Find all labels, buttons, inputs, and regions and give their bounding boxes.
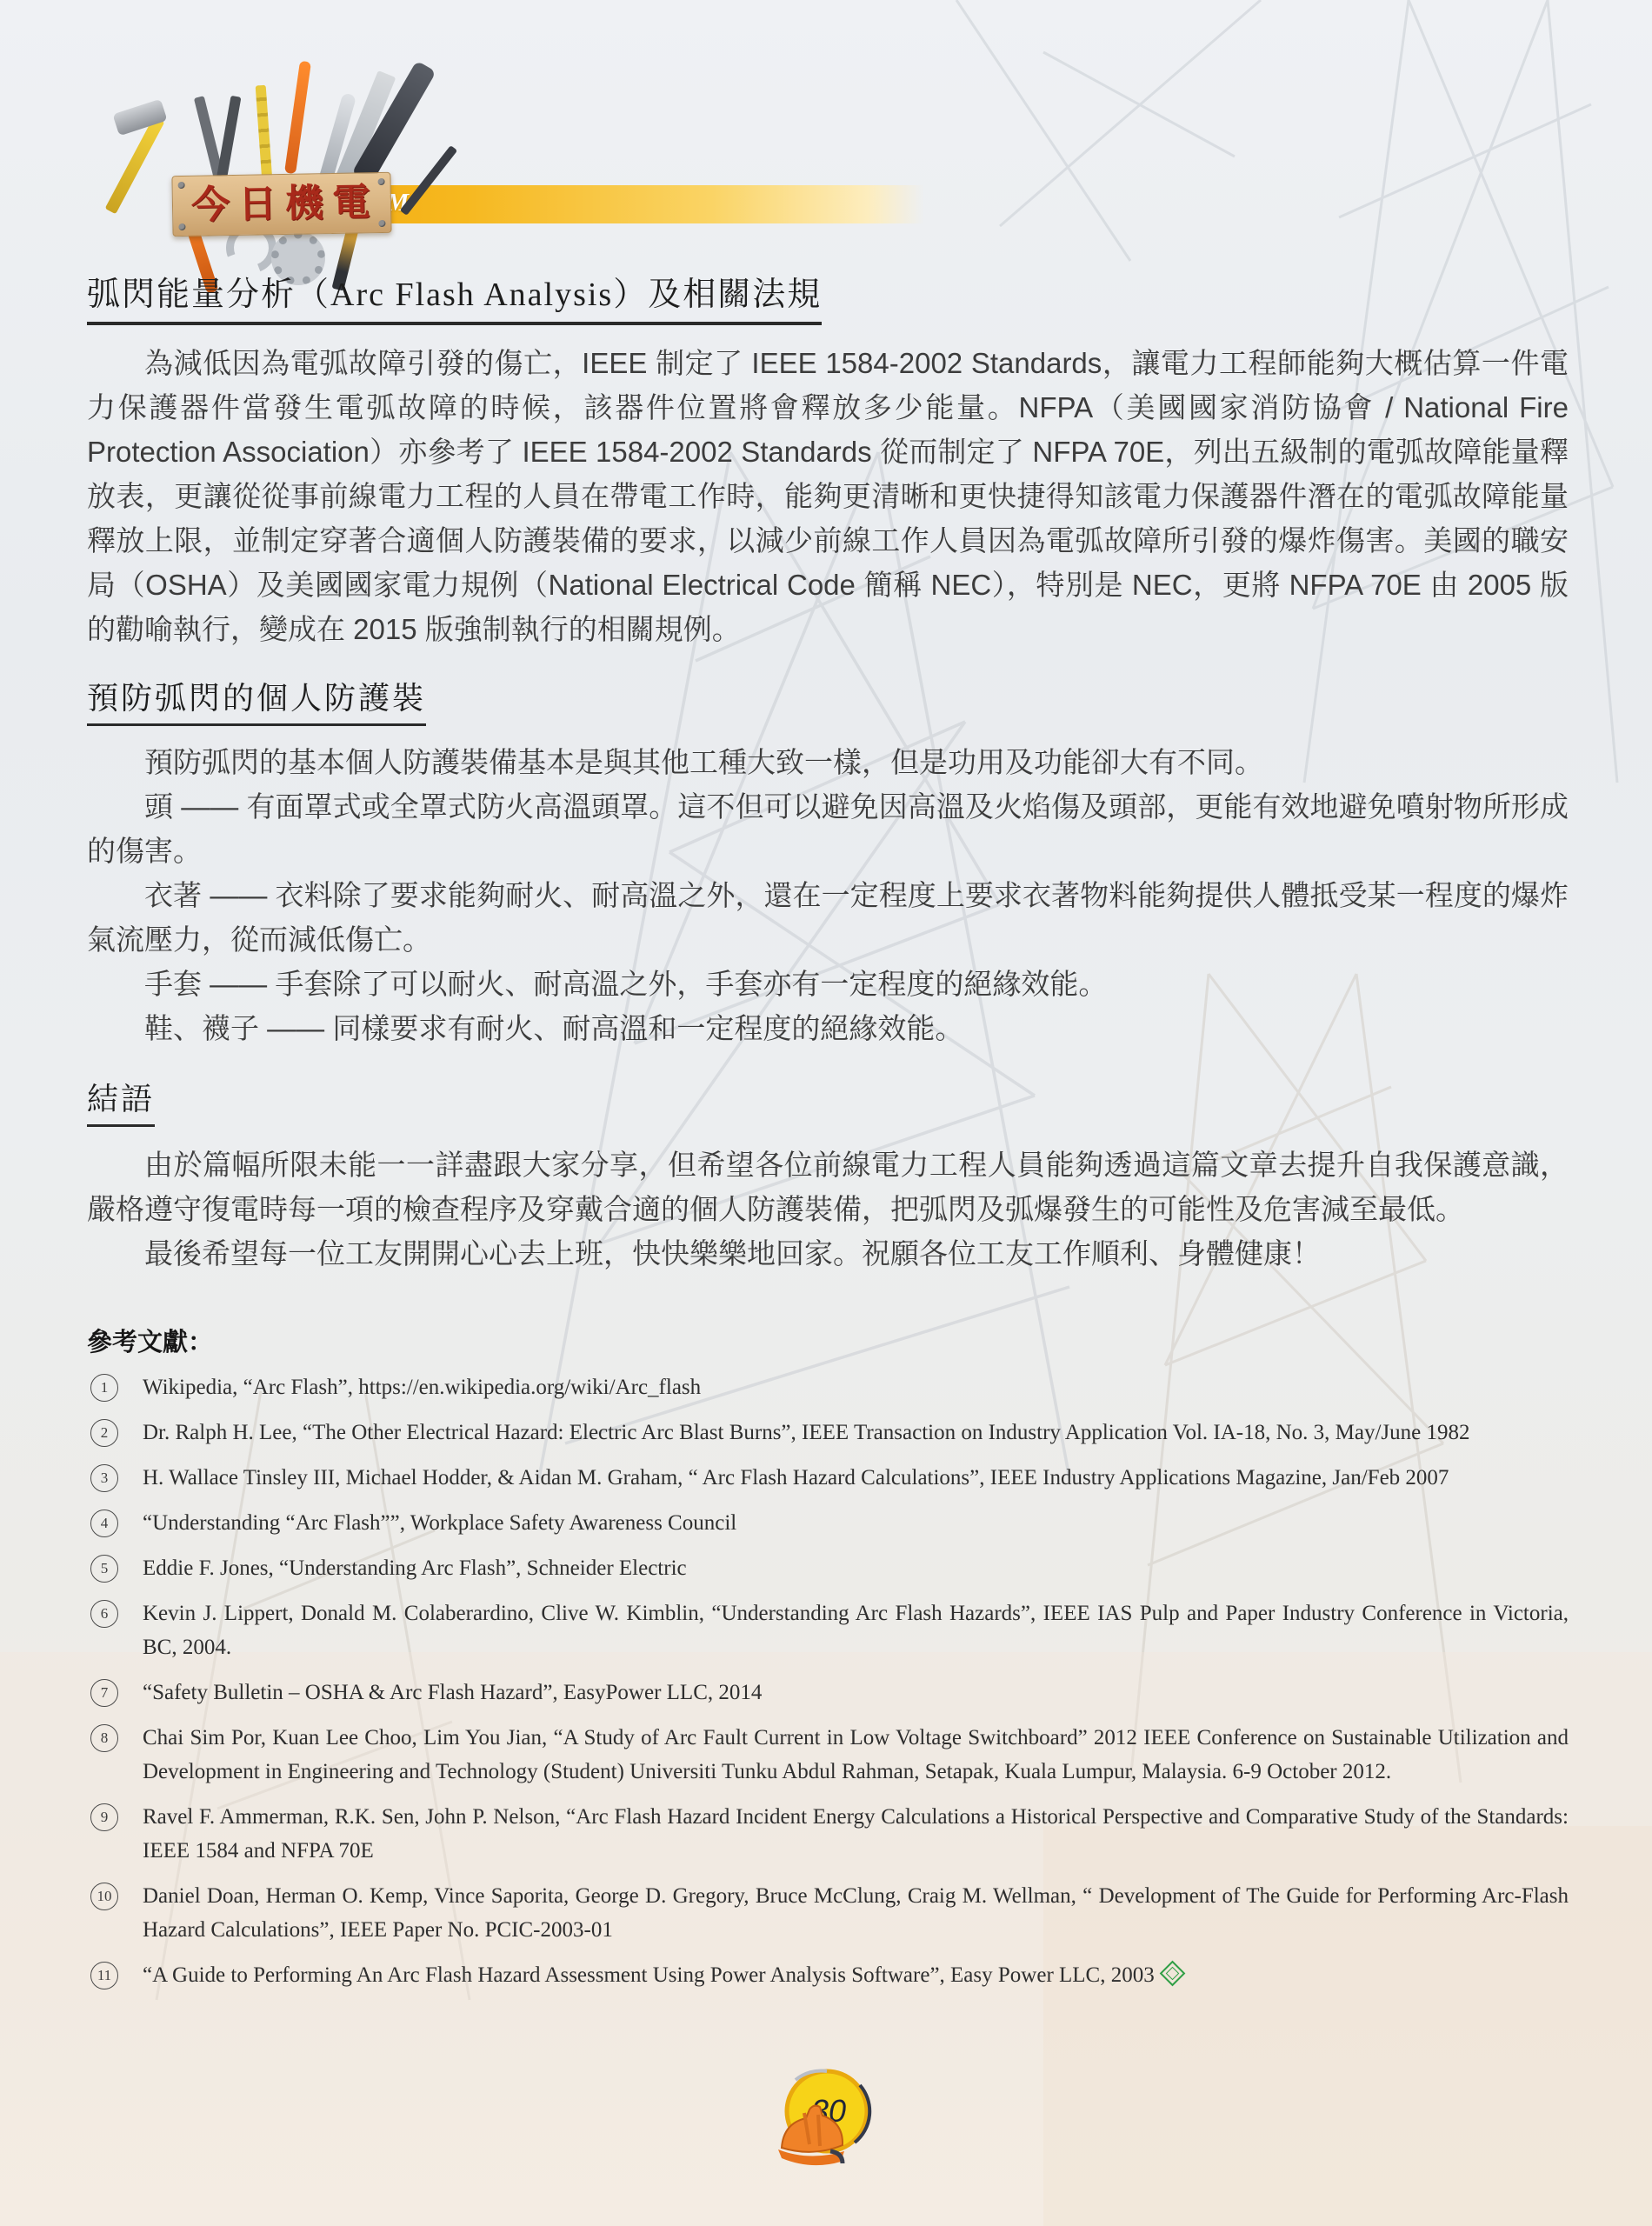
reference-number: 6 <box>90 1600 118 1628</box>
reference-item: 5Eddie F. Jones, “Understanding Arc Flas… <box>87 1551 1569 1585</box>
reference-text: Kevin J. Lippert, Donald M. Colaberardin… <box>143 1596 1569 1664</box>
reference-item: 2Dr. Ralph H. Lee, “The Other Electrical… <box>87 1416 1569 1450</box>
reference-number: 2 <box>90 1419 118 1447</box>
paragraph-conclusion-1: 由於篇幅所限未能一一詳盡跟大家分享，但希望各位前線電力工程人員能夠透過這篇文章去… <box>87 1143 1569 1231</box>
reference-text: Daniel Doan, Herman O. Kemp, Vince Sapor… <box>143 1879 1569 1947</box>
reference-number: 1 <box>90 1374 118 1402</box>
reference-item: 10Daniel Doan, Herman O. Kemp, Vince Sap… <box>87 1879 1569 1947</box>
reference-number: 3 <box>90 1464 118 1492</box>
section-title-ppe: 預防弧閃的個人防護裝 <box>87 681 426 726</box>
logo-board: 今日機電 <box>171 172 391 237</box>
reference-number: 8 <box>90 1724 118 1752</box>
reference-text: Eddie F. Jones, “Understanding Arc Flash… <box>143 1551 687 1585</box>
paragraph-intro: 為減低因為電弧故障引發的傷亡，IEEE 制定了 IEEE 1584-2002 S… <box>87 341 1569 651</box>
references-heading: 參考文獻： <box>87 1323 1569 1358</box>
reference-number: 4 <box>90 1510 118 1537</box>
reference-item: 9Ravel F. Ammerman, R.K. Sen, John P. Ne… <box>87 1800 1569 1868</box>
reference-text: “A Guide to Performing An Arc Flash Haza… <box>143 1958 1182 1992</box>
magazine-page: Today's E & M 今日機電 弧閃能量分析（Arc F <box>0 0 1652 2226</box>
paragraph-head: 頭 —— 有面罩式或全罩式防火高溫頭罩。這不但可以避免因高溫及火焰傷及頭部，更能… <box>87 784 1569 873</box>
paragraph-conclusion-2: 最後希望每一位工友開開心心去上班，快快樂樂地回家。祝願各位工友工作順利、身體健康… <box>87 1231 1569 1276</box>
section-title-conclusion: 結語 <box>87 1082 155 1127</box>
reference-text: Dr. Ralph H. Lee, “The Other Electrical … <box>143 1416 1470 1450</box>
page-number-badge: 30 <box>769 2068 874 2176</box>
reference-item: 11“A Guide to Performing An Arc Flash Ha… <box>87 1958 1569 1992</box>
reference-number: 11 <box>90 1962 118 1989</box>
reference-number: 10 <box>90 1883 118 1910</box>
reference-text: “Understanding “Arc Flash””, Workplace S… <box>143 1506 736 1540</box>
reference-text: Wikipedia, “Arc Flash”, https://en.wikip… <box>143 1370 701 1404</box>
reference-item: 1Wikipedia, “Arc Flash”, https://en.wiki… <box>87 1370 1569 1404</box>
article-title: 弧閃能量分析（Arc Flash Analysis）及相關法規 <box>87 277 822 325</box>
article-body: 弧閃能量分析（Arc Flash Analysis）及相關法規 為減低因為電弧故… <box>0 0 1652 1992</box>
reference-text: “Safety Bulletin – OSHA & Arc Flash Haza… <box>143 1676 762 1709</box>
end-of-article-icon <box>1159 1961 1185 1987</box>
paragraph-clothing: 衣著 —— 衣料除了要求能夠耐火、耐高溫之外，還在一定程度上要求衣著物料能夠提供… <box>87 873 1569 962</box>
reference-item: 6Kevin J. Lippert, Donald M. Colaberardi… <box>87 1596 1569 1664</box>
reference-number: 7 <box>90 1679 118 1707</box>
reference-number: 5 <box>90 1555 118 1583</box>
logo-title: 今日機電 <box>184 183 380 225</box>
paragraph-shoes: 鞋、襪子 —— 同樣要求有耐火、耐高溫和一定程度的絕緣效能。 <box>87 1006 1569 1050</box>
paragraph-ppe-intro: 預防弧閃的基本個人防護裝備基本是與其他工種大致一樣，但是功用及功能卻大有不同。 <box>87 740 1569 784</box>
reference-item: 8Chai Sim Por, Kuan Lee Choo, Lim You Ji… <box>87 1721 1569 1789</box>
paragraph-gloves: 手套 —— 手套除了可以耐火、耐高溫之外，手套亦有一定程度的絕緣效能。 <box>87 962 1569 1006</box>
reference-text: Chai Sim Por, Kuan Lee Choo, Lim You Jia… <box>143 1721 1569 1789</box>
references-list: 1Wikipedia, “Arc Flash”, https://en.wiki… <box>87 1370 1569 1992</box>
reference-item: 4“Understanding “Arc Flash””, Workplace … <box>87 1506 1569 1540</box>
reference-item: 7“Safety Bulletin – OSHA & Arc Flash Haz… <box>87 1676 1569 1709</box>
reference-number: 9 <box>90 1803 118 1831</box>
reference-text: H. Wallace Tinsley III, Michael Hodder, … <box>143 1461 1449 1495</box>
reference-item: 3H. Wallace Tinsley III, Michael Hodder,… <box>87 1461 1569 1495</box>
reference-text: Ravel F. Ammerman, R.K. Sen, John P. Nel… <box>143 1800 1569 1868</box>
